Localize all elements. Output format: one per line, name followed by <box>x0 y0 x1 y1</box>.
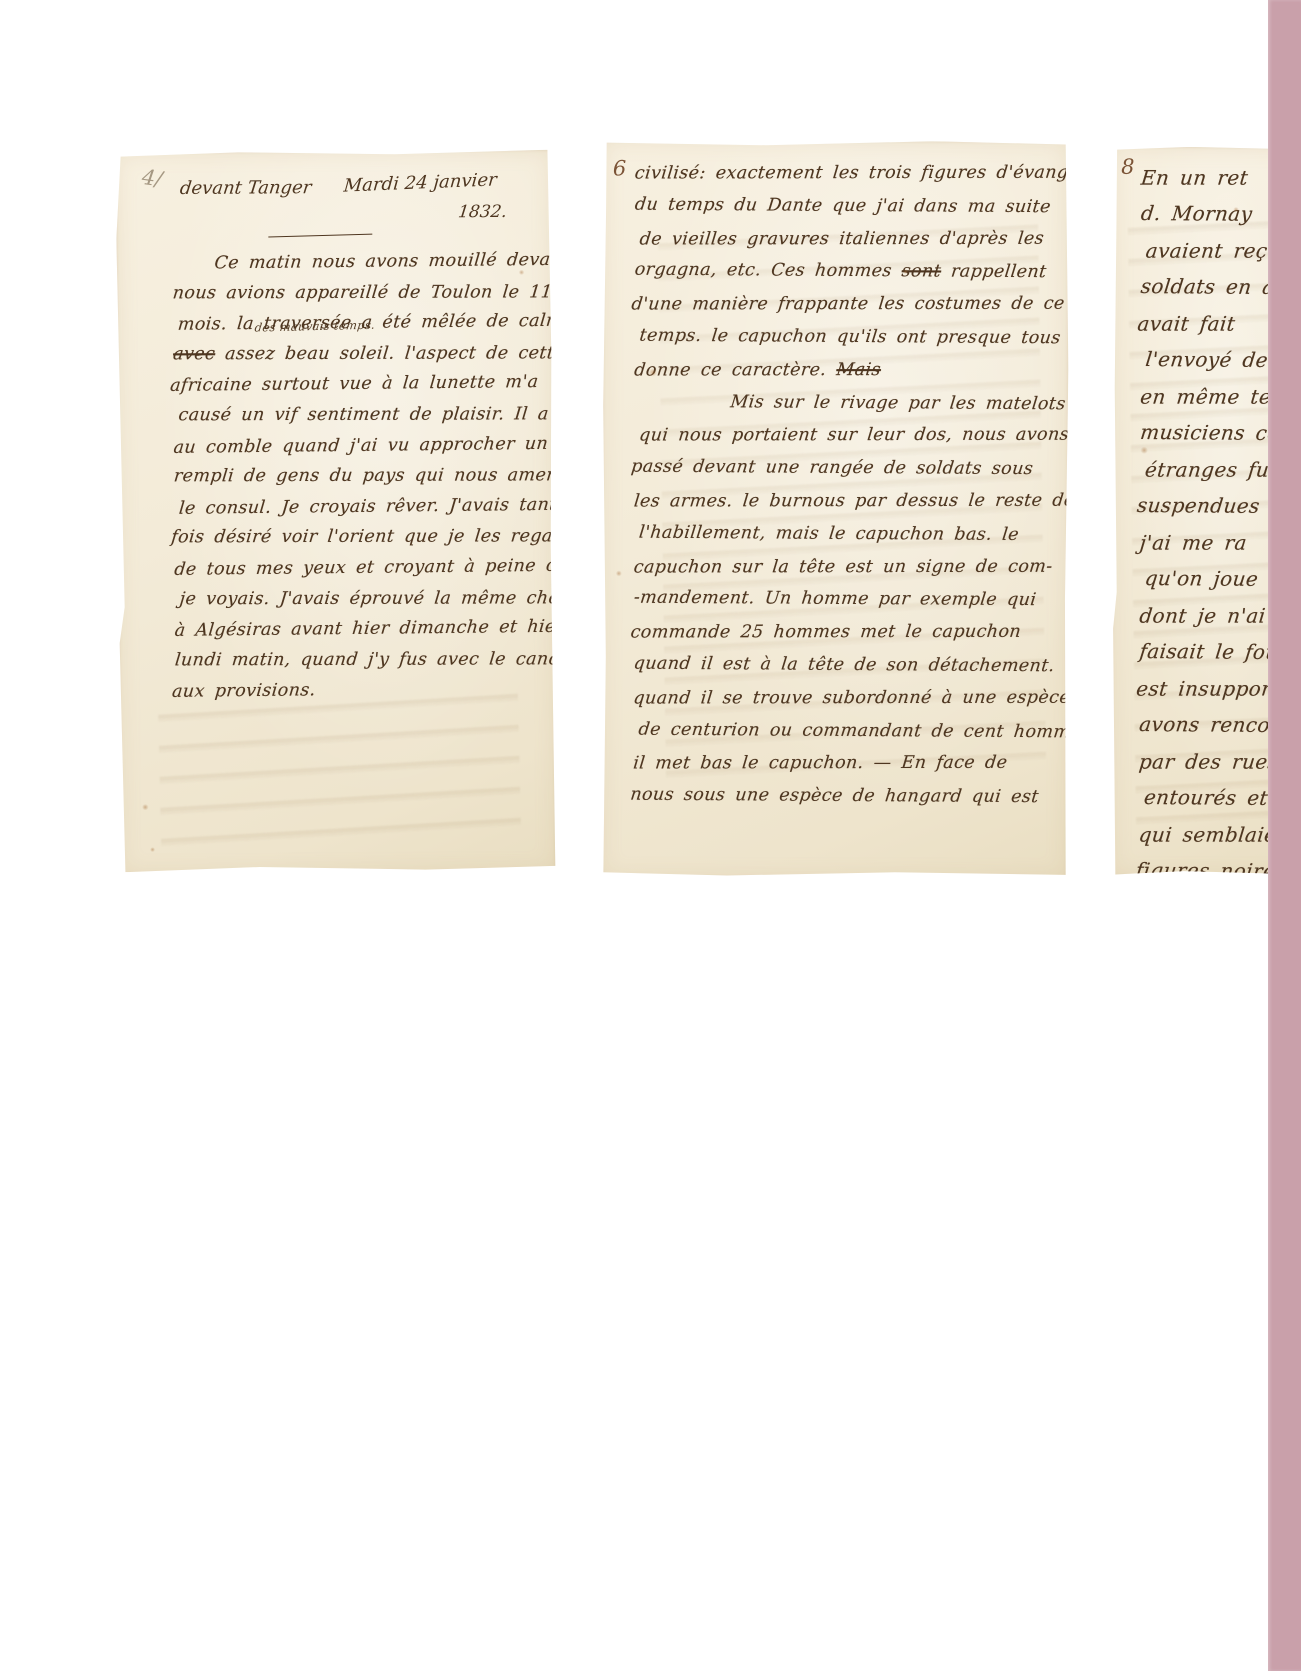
foxing-spot <box>142 804 149 810</box>
manuscript-line: civilisé: exactement les trois figures d… <box>633 157 1069 191</box>
manuscript-line: Ce matin nous avons mouillé devant Tange… <box>171 245 552 280</box>
manuscript-line: qui nous portaient sur leur dos, nous av… <box>637 419 1069 453</box>
verso-show-through <box>158 687 522 855</box>
manuscript-text-block: civilisé: exactement les trois figures d… <box>633 156 1069 813</box>
manuscript-line: nous avions appareillé de Toulon le 11 d… <box>171 277 552 309</box>
manuscript-line: le consul. Je croyais rêver. J'avais tan… <box>177 490 553 525</box>
manuscript-line: quand il est à la tête de son détachemen… <box>632 648 1069 684</box>
manuscript-line: temps. le capuchon qu'ils ont presque to… <box>638 320 1069 356</box>
manuscript-line: fois désiré voir l'orient que je les reg… <box>170 522 554 554</box>
manuscript-line: de tous mes yeux et croyant à peine ce q… <box>173 551 554 586</box>
manuscript-line: l'habillement, mais le capuchon bas. le <box>637 516 1069 552</box>
manuscript-line: d'une manière frappante les costumes de … <box>630 288 1069 322</box>
folio-number: 6 <box>613 156 626 180</box>
manuscript-line: -mandement. Un homme par exemple qui <box>632 582 1069 618</box>
manuscript-line: nous sous une espèce de hangard qui est <box>629 779 1069 815</box>
manuscript-line: africaine surtout vue à la lunette m'a <box>169 367 553 402</box>
manuscript-line: à Algésiras avant hier dimanche et hier <box>173 612 554 647</box>
catalog-photo: 4/ devant Tanger Mardi 24 janvier 1832. … <box>0 0 1301 1671</box>
manuscript-line: Mis sur le rivage par les matelots <box>633 385 1069 421</box>
manuscript-line: avec assez beau soleil. l'aspect de cett… <box>172 338 553 370</box>
manuscript-text-block: Ce matin nous avons mouillé devant Tange… <box>172 246 553 707</box>
manuscript-line: mois. la traversée a été mêlée de calmes… <box>176 306 552 341</box>
manuscript-line: aux provisions. <box>171 673 555 708</box>
manuscript-line: lundi matin, quand j'y fus avec le canot <box>173 644 554 676</box>
manuscript-line: les armes. le burnous par dessus le rest… <box>632 485 1069 519</box>
foxing-spot <box>1233 207 1239 212</box>
header-underline-flourish <box>268 234 372 238</box>
header-place: devant Tanger <box>179 177 313 199</box>
manuscript-line: quand il se trouve subordonné à une espè… <box>632 681 1069 715</box>
manuscript-line: au comble quand j'ai vu approcher un can… <box>172 428 553 463</box>
header-date: Mardi 24 janvier <box>343 169 498 196</box>
manuscript-line: donne ce caractère. Mais <box>633 353 1069 387</box>
foxing-spot <box>903 269 909 274</box>
folio-number: 8 <box>1121 155 1134 179</box>
manuscript-leaf-2: 6 civilisé: exactement les trois figures… <box>601 140 1069 878</box>
foxing-spot <box>648 369 657 377</box>
foxing-spot <box>150 847 155 852</box>
folio-number-pencil: 4/ <box>140 165 163 192</box>
manuscript-line: rempli de gens du pays qui nous amenaien… <box>172 460 553 492</box>
manuscript-line: il met bas le capuchon. — En face de <box>632 747 1069 781</box>
manuscript-line: de vieilles gravures italiennes d'après … <box>638 222 1069 256</box>
foxing-spot <box>1140 447 1148 454</box>
manuscript-line: passé devant une rangée de soldats sous <box>629 451 1069 487</box>
header-year: 1832. <box>457 202 508 222</box>
foxing-spot <box>519 270 525 275</box>
manuscript-line: du temps du Dante que j'ai dans ma suite <box>633 188 1069 224</box>
foxing-spot <box>616 570 622 576</box>
manuscript-line: commande 25 hommes met le capuchon <box>629 616 1069 650</box>
pink-margin-stripe <box>1268 0 1301 1671</box>
manuscript-leaf-1: 4/ devant Tanger Mardi 24 janvier 1832. … <box>116 150 556 875</box>
manuscript-line: orgagna, etc. Ces hommes sont rappellent <box>633 254 1069 290</box>
manuscript-line: capuchon sur la tête est un signe de com… <box>632 550 1069 584</box>
manuscript-line: de centurion ou commandant de cent homme… <box>637 713 1069 749</box>
manuscript-line: je voyais. J'avais éprouvé la même chose <box>178 583 554 615</box>
manuscript-line: causé un vif sentiment de plaisir. Il a … <box>177 399 553 431</box>
